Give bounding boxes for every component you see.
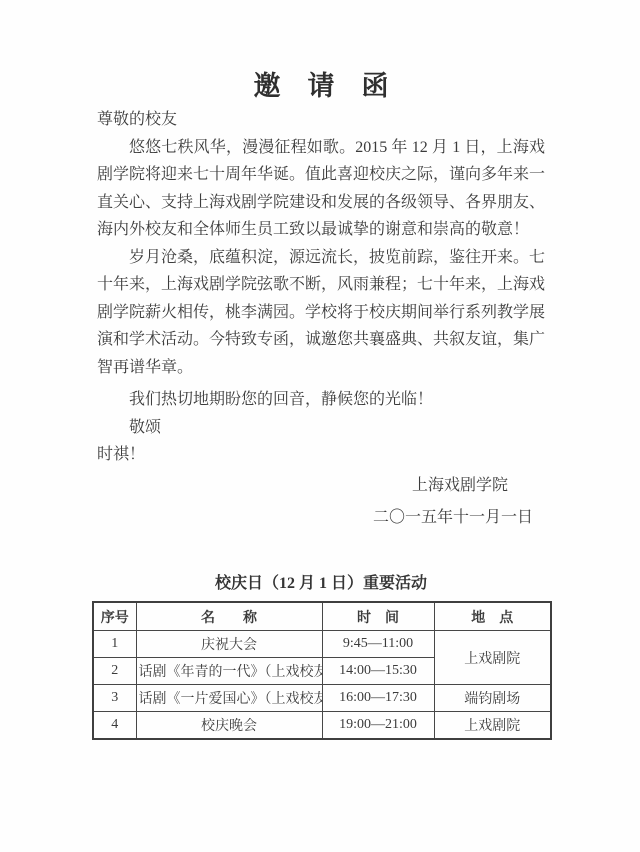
cell-serial: 1 <box>93 631 136 658</box>
header-name: 名 称 <box>136 602 322 631</box>
letter-paragraph-1: 悠悠七秩风华，漫漫征程如歌。2015 年 12 月 1 日，上海戏剧学院将迎来七… <box>97 134 545 244</box>
cell-venue: 上戏剧院 <box>434 712 551 740</box>
table-row: 3 话剧《一片爱国心》（上戏校友版） 16:00—17:30 端钧剧场 <box>93 685 551 712</box>
table-row: 4 校庆晚会 19:00—21:00 上戏剧院 <box>93 712 551 740</box>
table-header-row: 序号 名 称 时 间 地 点 <box>93 602 551 631</box>
signature-organization: 上海戏剧学院 <box>97 472 545 500</box>
cell-event-name: 话剧《年青的一代》（上戏校友版） <box>136 658 322 685</box>
cell-serial: 4 <box>93 712 136 740</box>
closing-wish: 时祺！ <box>97 441 545 469</box>
cell-serial: 3 <box>93 685 136 712</box>
signature-date: 二〇一五年十一月一日 <box>97 504 545 532</box>
table-row: 1 庆祝大会 9:45—11:00 上戏剧院 <box>93 631 551 658</box>
scanned-invitation-letter-page: 邀 请 函 尊敬的校友 悠悠七秩风华，漫漫征程如歌。2015 年 12 月 1 … <box>0 0 640 852</box>
letter-title: 邀 请 函 <box>97 66 545 106</box>
schedule-section: 校庆日（12 月 1 日）重要活动 序号 名 称 时 间 地 点 1 <box>92 570 550 740</box>
cell-time: 9:45—11:00 <box>322 631 434 658</box>
cell-serial: 2 <box>93 658 136 685</box>
cell-time: 14:00—15:30 <box>322 658 434 685</box>
header-venue: 地 点 <box>434 602 551 631</box>
schedule-table: 序号 名 称 时 间 地 点 1 庆祝大会 9:45—11:00 上戏剧院 2 … <box>92 601 552 740</box>
letter-paragraph-2: 岁月沧桑，底蕴积淀，源远流长，披览前踪，鉴往开来。七十年来，上海戏剧学院弦歌不断… <box>97 244 545 382</box>
letter-paragraph-3: 我们热切地期盼您的回音，静候您的光临！ <box>97 386 545 414</box>
header-time: 时 间 <box>322 602 434 631</box>
letter-body: 邀 请 函 尊敬的校友 悠悠七秩风华，漫漫征程如歌。2015 年 12 月 1 … <box>97 66 545 532</box>
cell-venue: 端钧剧场 <box>434 685 551 712</box>
cell-event-name: 庆祝大会 <box>136 631 322 658</box>
closing-salute: 敬颂 <box>97 414 545 442</box>
cell-time: 16:00—17:30 <box>322 685 434 712</box>
cell-event-name: 话剧《一片爱国心》（上戏校友版） <box>136 685 322 712</box>
schedule-title: 校庆日（12 月 1 日）重要活动 <box>92 570 550 598</box>
cell-time: 19:00—21:00 <box>322 712 434 740</box>
header-serial: 序号 <box>93 602 136 631</box>
cell-venue-merged: 上戏剧院 <box>434 631 551 685</box>
salutation: 尊敬的校友 <box>97 106 545 134</box>
cell-event-name: 校庆晚会 <box>136 712 322 740</box>
